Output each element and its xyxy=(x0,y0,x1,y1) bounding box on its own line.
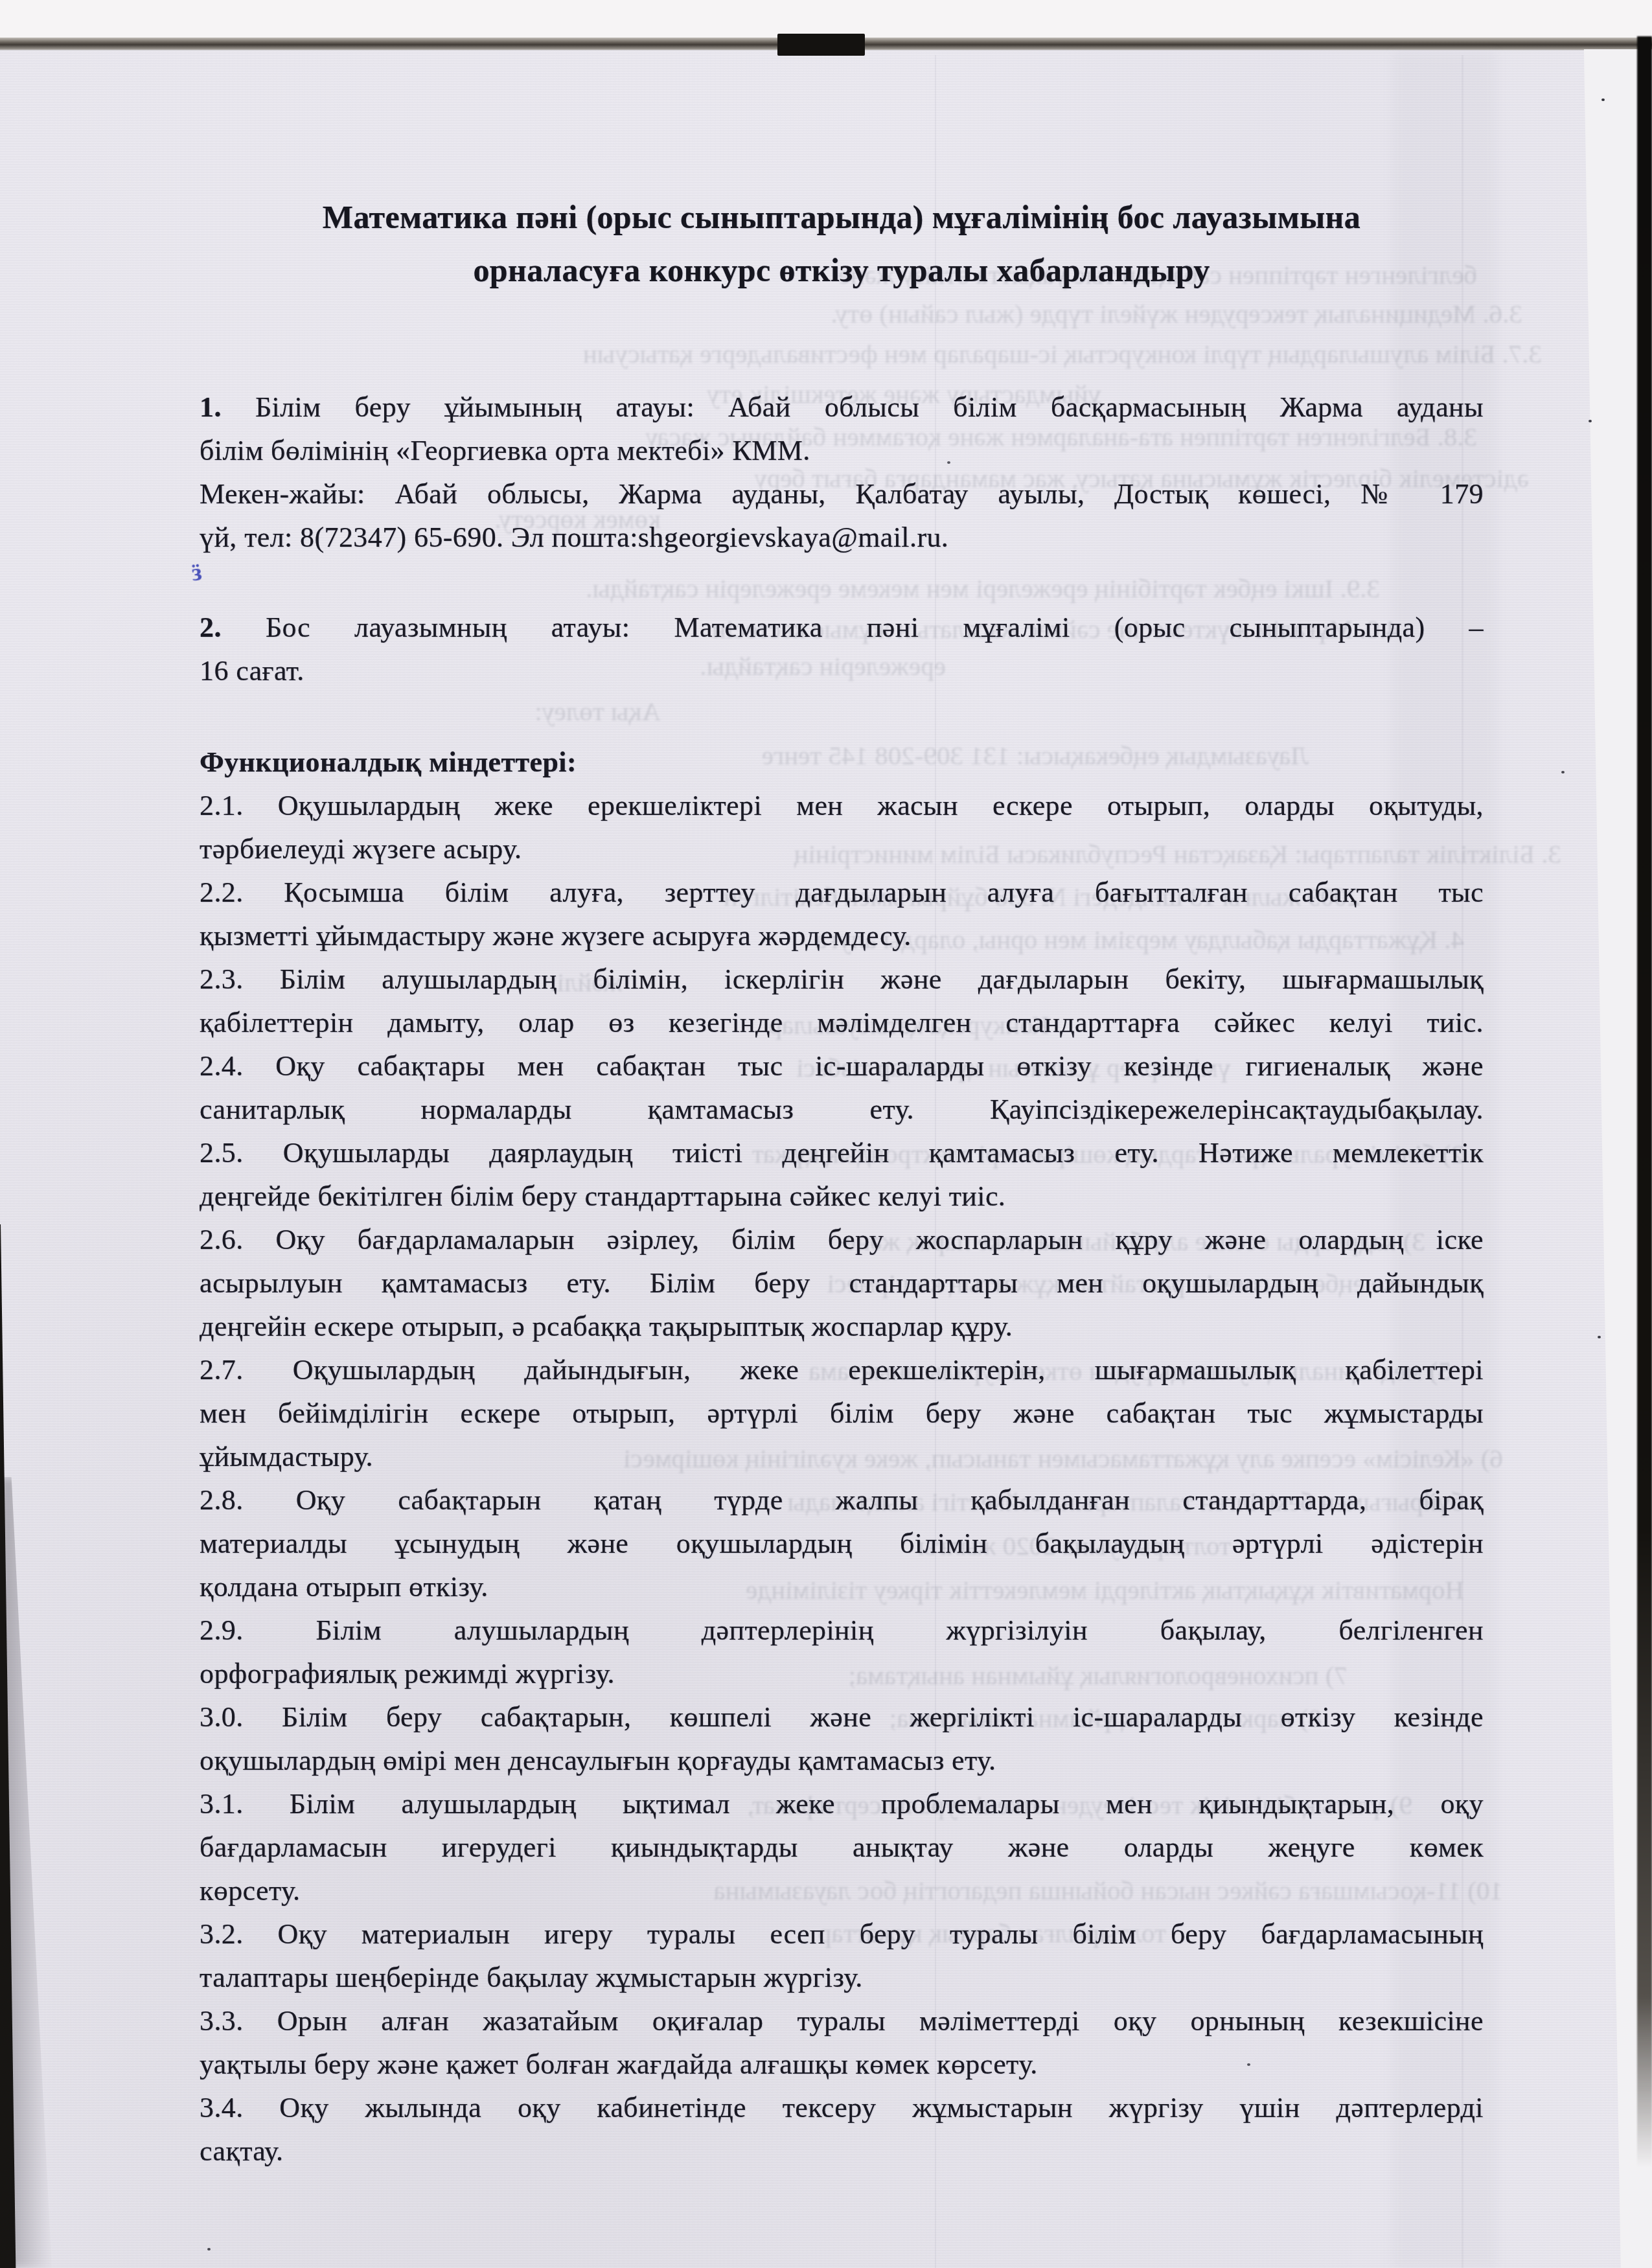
text-line: қабілеттерін дамыту, олар өз кезегінде м… xyxy=(200,1004,1484,1042)
text-line: 3.3. Орын алған жазатайым оқиғалар турал… xyxy=(200,2002,1484,2040)
text-line: материалды ұсынудың және оқушылардың біл… xyxy=(200,1525,1484,1563)
text-line: қызметті ұйымдастыру және жүзеге асыруға… xyxy=(200,917,1484,955)
text-line: үй, тел: 8(72347) 65-690. Эл пошта:shgeo… xyxy=(200,519,1484,556)
text-line: асырылуын қамтамасыз ету. Білім беру ста… xyxy=(200,1265,1484,1302)
text-line: 16 сағат. xyxy=(200,652,1484,690)
bleed-through-text-line: 3.6. Медициналық тексеруден жүйелі түрде… xyxy=(667,297,1522,330)
text-line: 2.4. Оқу сабақтары мен сабақтан тыс іс-ш… xyxy=(200,1048,1484,1085)
text-line: 1. Білім беру ұйымының атауы: Абай облыс… xyxy=(200,389,1484,426)
text-line: 2.2. Қосымша білім алуға, зерттеу дағдыл… xyxy=(200,874,1484,911)
section-heading: Функционалдық міндеттері: xyxy=(200,744,1484,781)
text-line: 3.2. Оқу материалын игеру туралы есеп бе… xyxy=(200,1916,1484,1953)
text-line: 2.5. Оқушыларды даярлаудың тиісті деңгей… xyxy=(200,1134,1484,1172)
text-line: көрсету. xyxy=(200,1872,1484,1910)
text-line: 3.4. Оқу жылында оқу кабинетінде тексеру… xyxy=(200,2089,1484,2127)
text-line: қолдана отырып өткізу. xyxy=(200,1568,1484,1606)
bleed-through-text-line: 3.7. Білім алушылардың түрлі конкурстық … xyxy=(551,337,1542,371)
text-line: ұйымдастыру. xyxy=(200,1438,1484,1476)
bleed-through-text-line: 3.9. Ішкі еңбек тәртібінің ережелері мен… xyxy=(441,571,1380,605)
text-line: 2.3. Білім алушылардың білімін, іскерліг… xyxy=(200,961,1484,998)
text-line: тәрбиелеуді жүзеге асыру. xyxy=(200,830,1484,868)
text-line: деңгейде бекітілген білім беру стандартт… xyxy=(200,1178,1484,1215)
scanner-top-band xyxy=(0,0,1652,39)
text-line: сақтау. xyxy=(200,2133,1484,2170)
dust-specks xyxy=(1601,98,1605,101)
text-line: 2.1. Оқушылардың жеке ерекшеліктері мен … xyxy=(200,787,1484,825)
text-line: 2.9. Білім алушылардың дәптерлерінің жүр… xyxy=(200,1612,1484,1649)
text-line: санитарлық нормаларды қамтамасыз ету. Қа… xyxy=(200,1091,1484,1128)
text-line: 3.0. Білім беру сабақтарын, көшпелі және… xyxy=(200,1699,1484,1736)
text-line: орфографиялық режимді жүргізу. xyxy=(200,1655,1484,1693)
scan-right-black-edge xyxy=(1637,36,1652,2168)
text-line: 2. Бос лауазымның атауы: Математика пәні… xyxy=(200,609,1484,647)
bleed-through-text-line: Ақы төлеу: xyxy=(389,694,661,728)
document-title-line: Математика пәні (орыс сыныптарында) мұға… xyxy=(200,198,1484,236)
text-line: деңгейін ескере отырып, ә рсабаққа тақыр… xyxy=(200,1308,1484,1346)
text-line: талаптары шеңберінде бақылау жұмыстарын … xyxy=(200,1959,1484,1997)
bold-list-number: 1. xyxy=(200,391,222,423)
text-line: оқушылардың өмірі мен денсаулығын қорғау… xyxy=(200,1742,1484,1780)
text-line: уақтылы беру және қажет болған жағдайда … xyxy=(200,2046,1484,2083)
text-line: 2.8. Оқу сабақтарын қатаң түрде жалпы қа… xyxy=(200,1482,1484,1519)
text-line: мен бейімділігін ескере отырып, әртүрлі … xyxy=(200,1395,1484,1432)
text-line: білім бөлімінің «Георгиевка орта мектебі… xyxy=(200,432,1484,470)
text-line: Мекен-жайы: Абай облысы, Жарма ауданы, Қ… xyxy=(200,475,1484,513)
document-title-line: орналасуға конкурс өткізу туралы хабарла… xyxy=(200,251,1484,289)
bold-list-number: 2. xyxy=(200,612,222,643)
text-line: 2.6. Оқу бағдарламаларын әзірлеу, білім … xyxy=(200,1221,1484,1259)
text-line: бағдарламасын игерудегі қиындықтарды аны… xyxy=(200,1829,1484,1866)
text-line: 3.1. Білім алушылардың ықтимал жеке проб… xyxy=(200,1785,1484,1823)
binder-clip-mark xyxy=(777,34,865,56)
scanned-document-page: белгіленген тәртіппен сабақтан тыс уақыт… xyxy=(0,0,1652,2268)
text-line: 2.7. Оқушылардың дайындығын, жеке ерекше… xyxy=(200,1351,1484,1389)
